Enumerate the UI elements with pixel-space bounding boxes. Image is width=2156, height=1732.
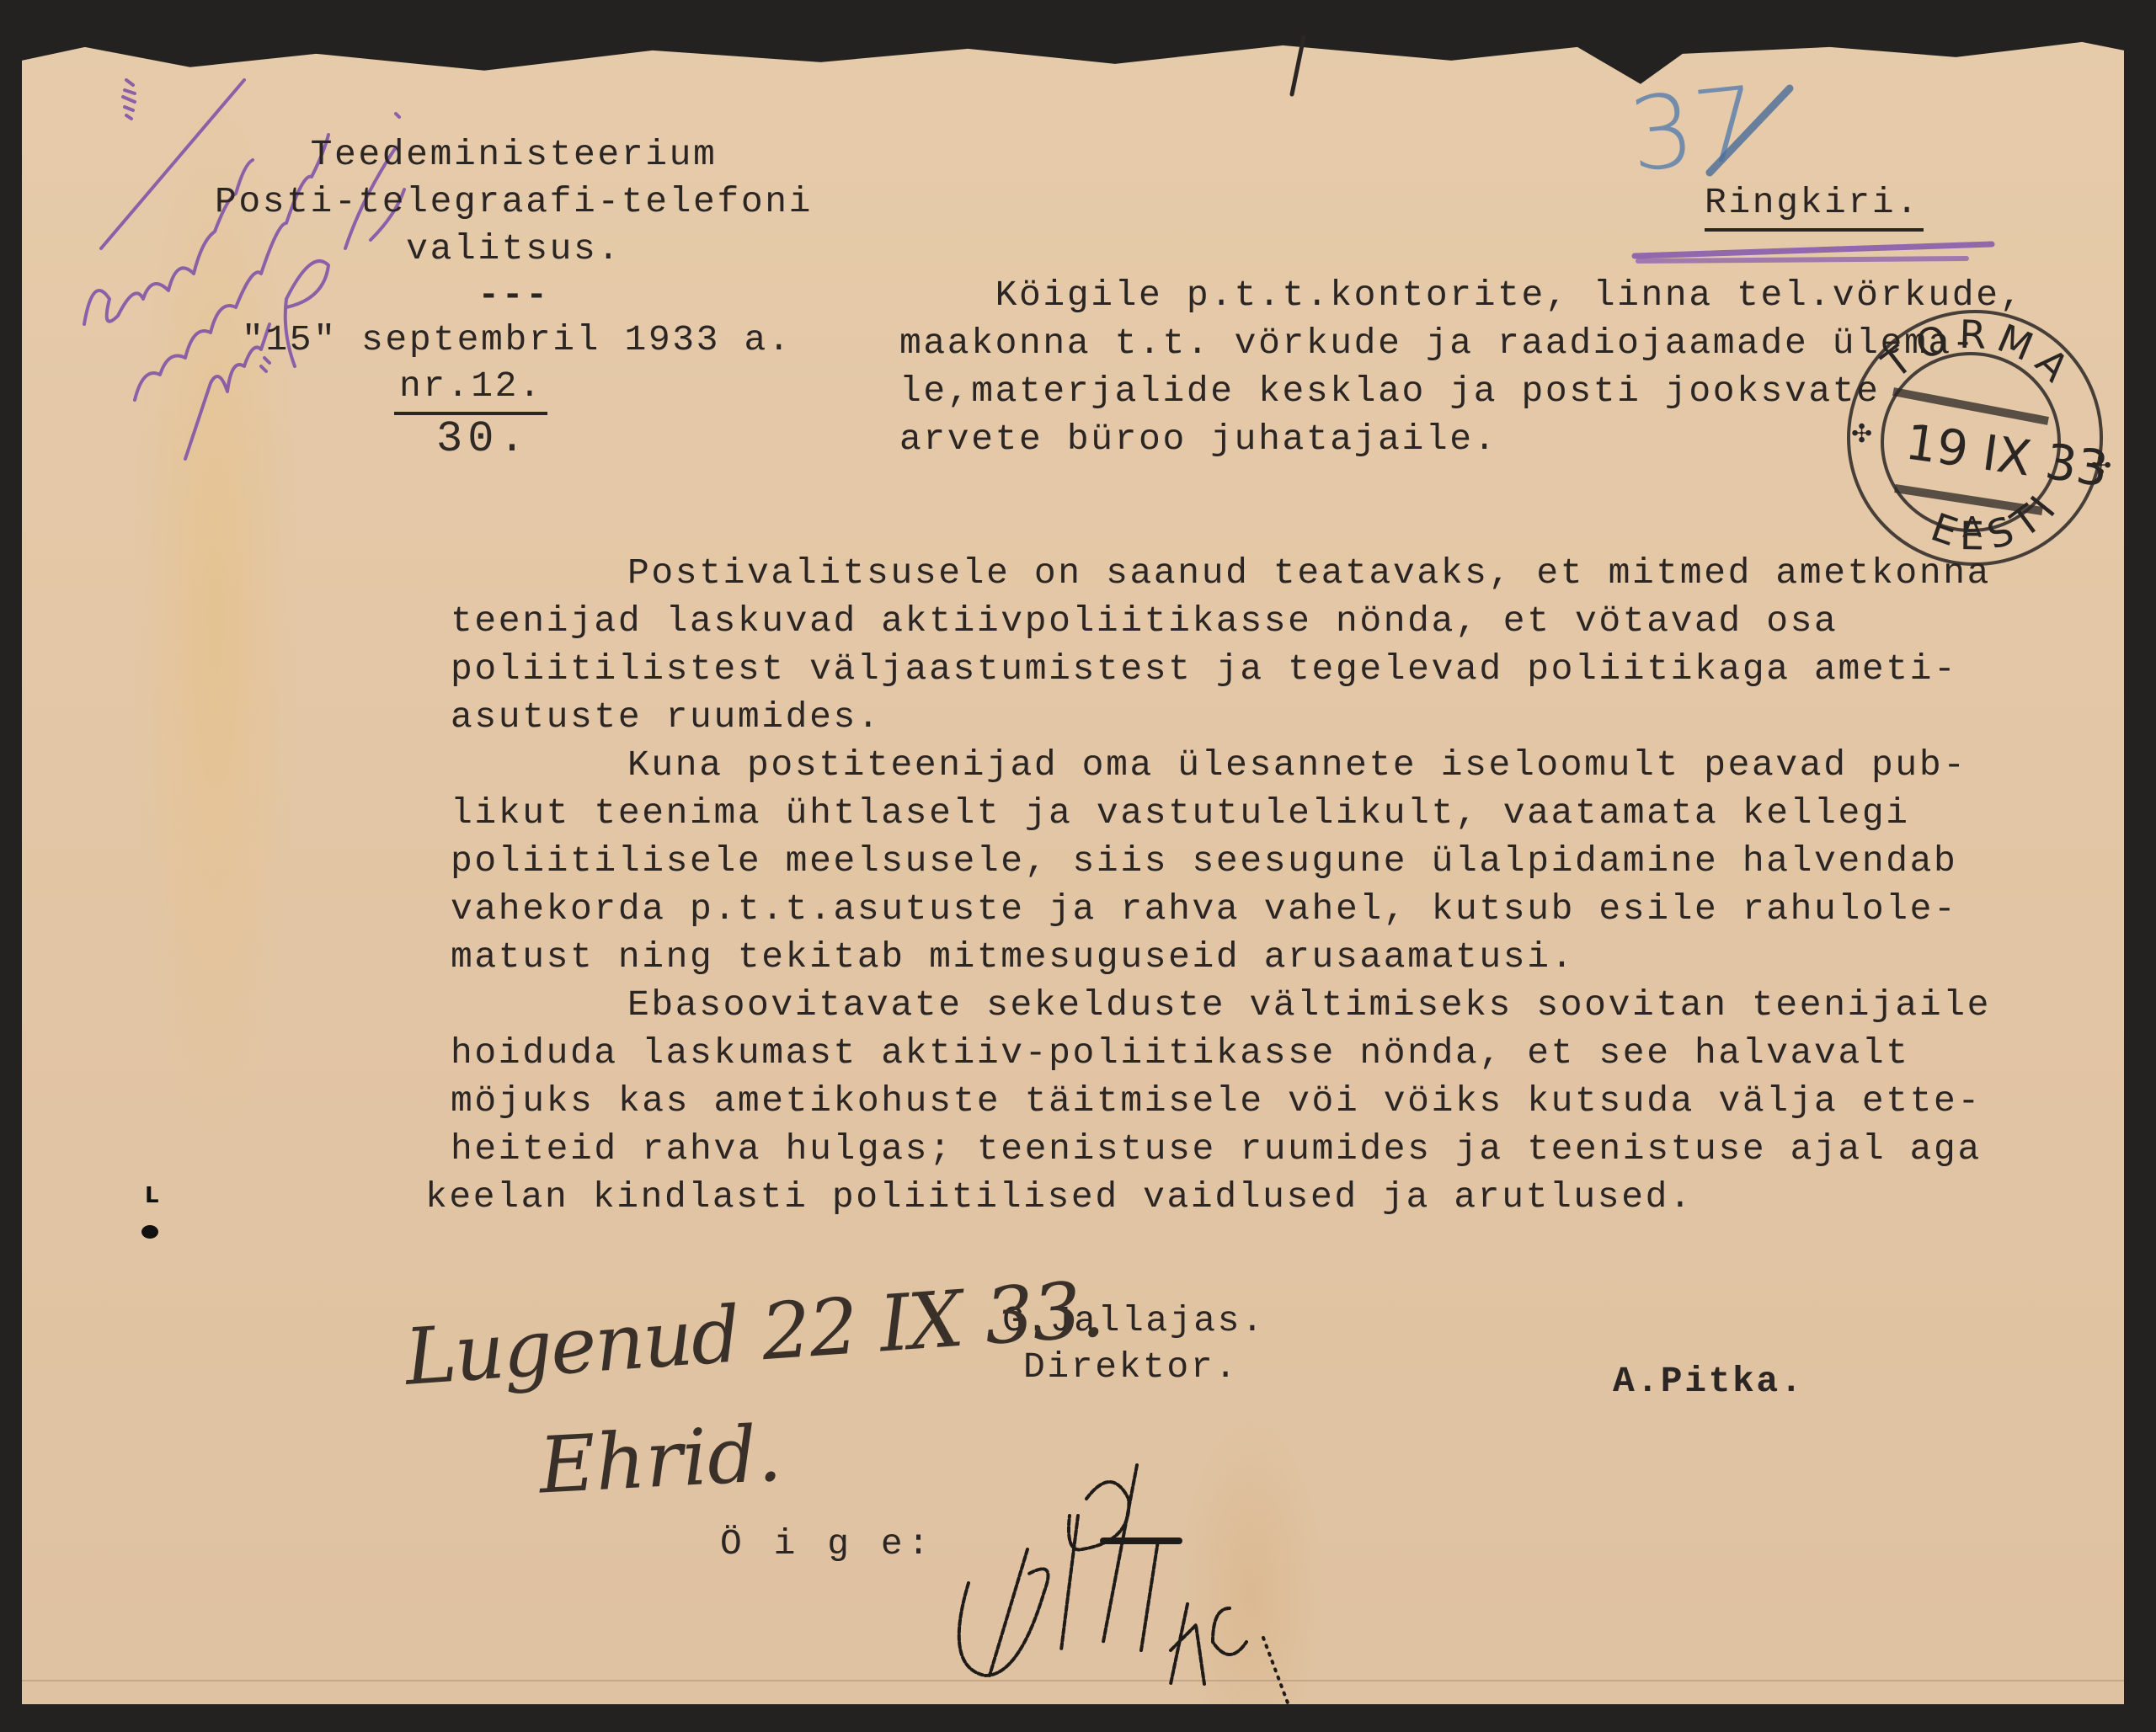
department-name: Posti-telegraafi-telefoni [177,178,851,226]
circular-title: Ringkiri. [1705,179,1924,232]
body-p3-line-4: heiteid rahva hulgas; teenistuse ruumide… [451,1125,1982,1173]
addressee-line-2: maakonna t.t. vörkude ja raadiojaamade ü… [899,319,1976,367]
handwritten-initials: Ehrid. [536,1409,783,1511]
handwritten-register-number: 30. [436,415,531,463]
letter-date: "15" septembril 1933 a. [242,316,792,364]
ministry-name: Teedeministeerium [261,131,766,179]
body-p2-line-2: likut teenima ühtlaselt ja vastutuleliku… [451,789,1910,837]
body-p3-line-1: Ebasoovitavate sekelduste vältimiseks so… [627,981,1991,1029]
blue-pencil-number: 37 [1624,65,1764,195]
header-separator: --- [430,271,598,319]
department-suffix: valitsus. [345,225,682,273]
body-p1-line-4: asutuste ruumides. [451,693,881,741]
postmark-letter: A [1962,511,1982,545]
postmark-date: 19 IX 33 [1903,413,2111,498]
body-p1-line-1: Postivalitsusele on saanud teatavaks, et… [627,549,1991,597]
body-p2-line-4: vahekorda p.t.t.asutuste ja rahva vahel,… [451,885,1957,933]
body-p2-line-3: poliitilisele meelsusele, siis seesugune… [451,837,1957,885]
certified-label: Ö i g e: [720,1520,934,1568]
postmark-town: TORMA [1873,312,2084,397]
body-p3-line-3: möjuks kas ametikohuste täitmisele vöi v… [451,1077,1982,1125]
body-p3-line-2: hoiduda laskumast aktiiv-poliitikasse nö… [451,1029,1910,1077]
margin-ink-dot [141,1225,158,1239]
body-p2-line-1: Kuna postiteenijad oma ülesannete iseloo… [627,741,1967,789]
paper-fold-line [22,1680,2124,1681]
postmark-star-right-icon: ✣ [2090,451,2111,481]
postmark-star-left-icon: ✣ [1851,419,1872,449]
letter-number: nr.12. [394,362,547,415]
addressee-line-4: arvete büroo juhatajaile. [899,415,1497,463]
body-p1-line-3: poliitilistest väljaastumistest ja tegel… [451,645,1957,693]
margin-letter-mark: L [145,1183,159,1208]
body-p3-line-5: keelan kindlasti poliitilised vaidlused … [425,1173,1693,1221]
co-signer-name: A.Pitka. [1613,1357,1804,1405]
addressee-line-3: le,materjalide kesklao ja posti jooksvat… [899,367,1881,415]
postmark-stamp: TORMA EESTI 19 IX 33 A ✣ ✣ [1819,290,2131,568]
body-p2-line-5: matust ning tekitab mitmesuguseid arusaa… [451,933,1575,981]
body-p1-line-2: teenijad laskuvad aktiivpoliitikasse nön… [451,597,1838,645]
